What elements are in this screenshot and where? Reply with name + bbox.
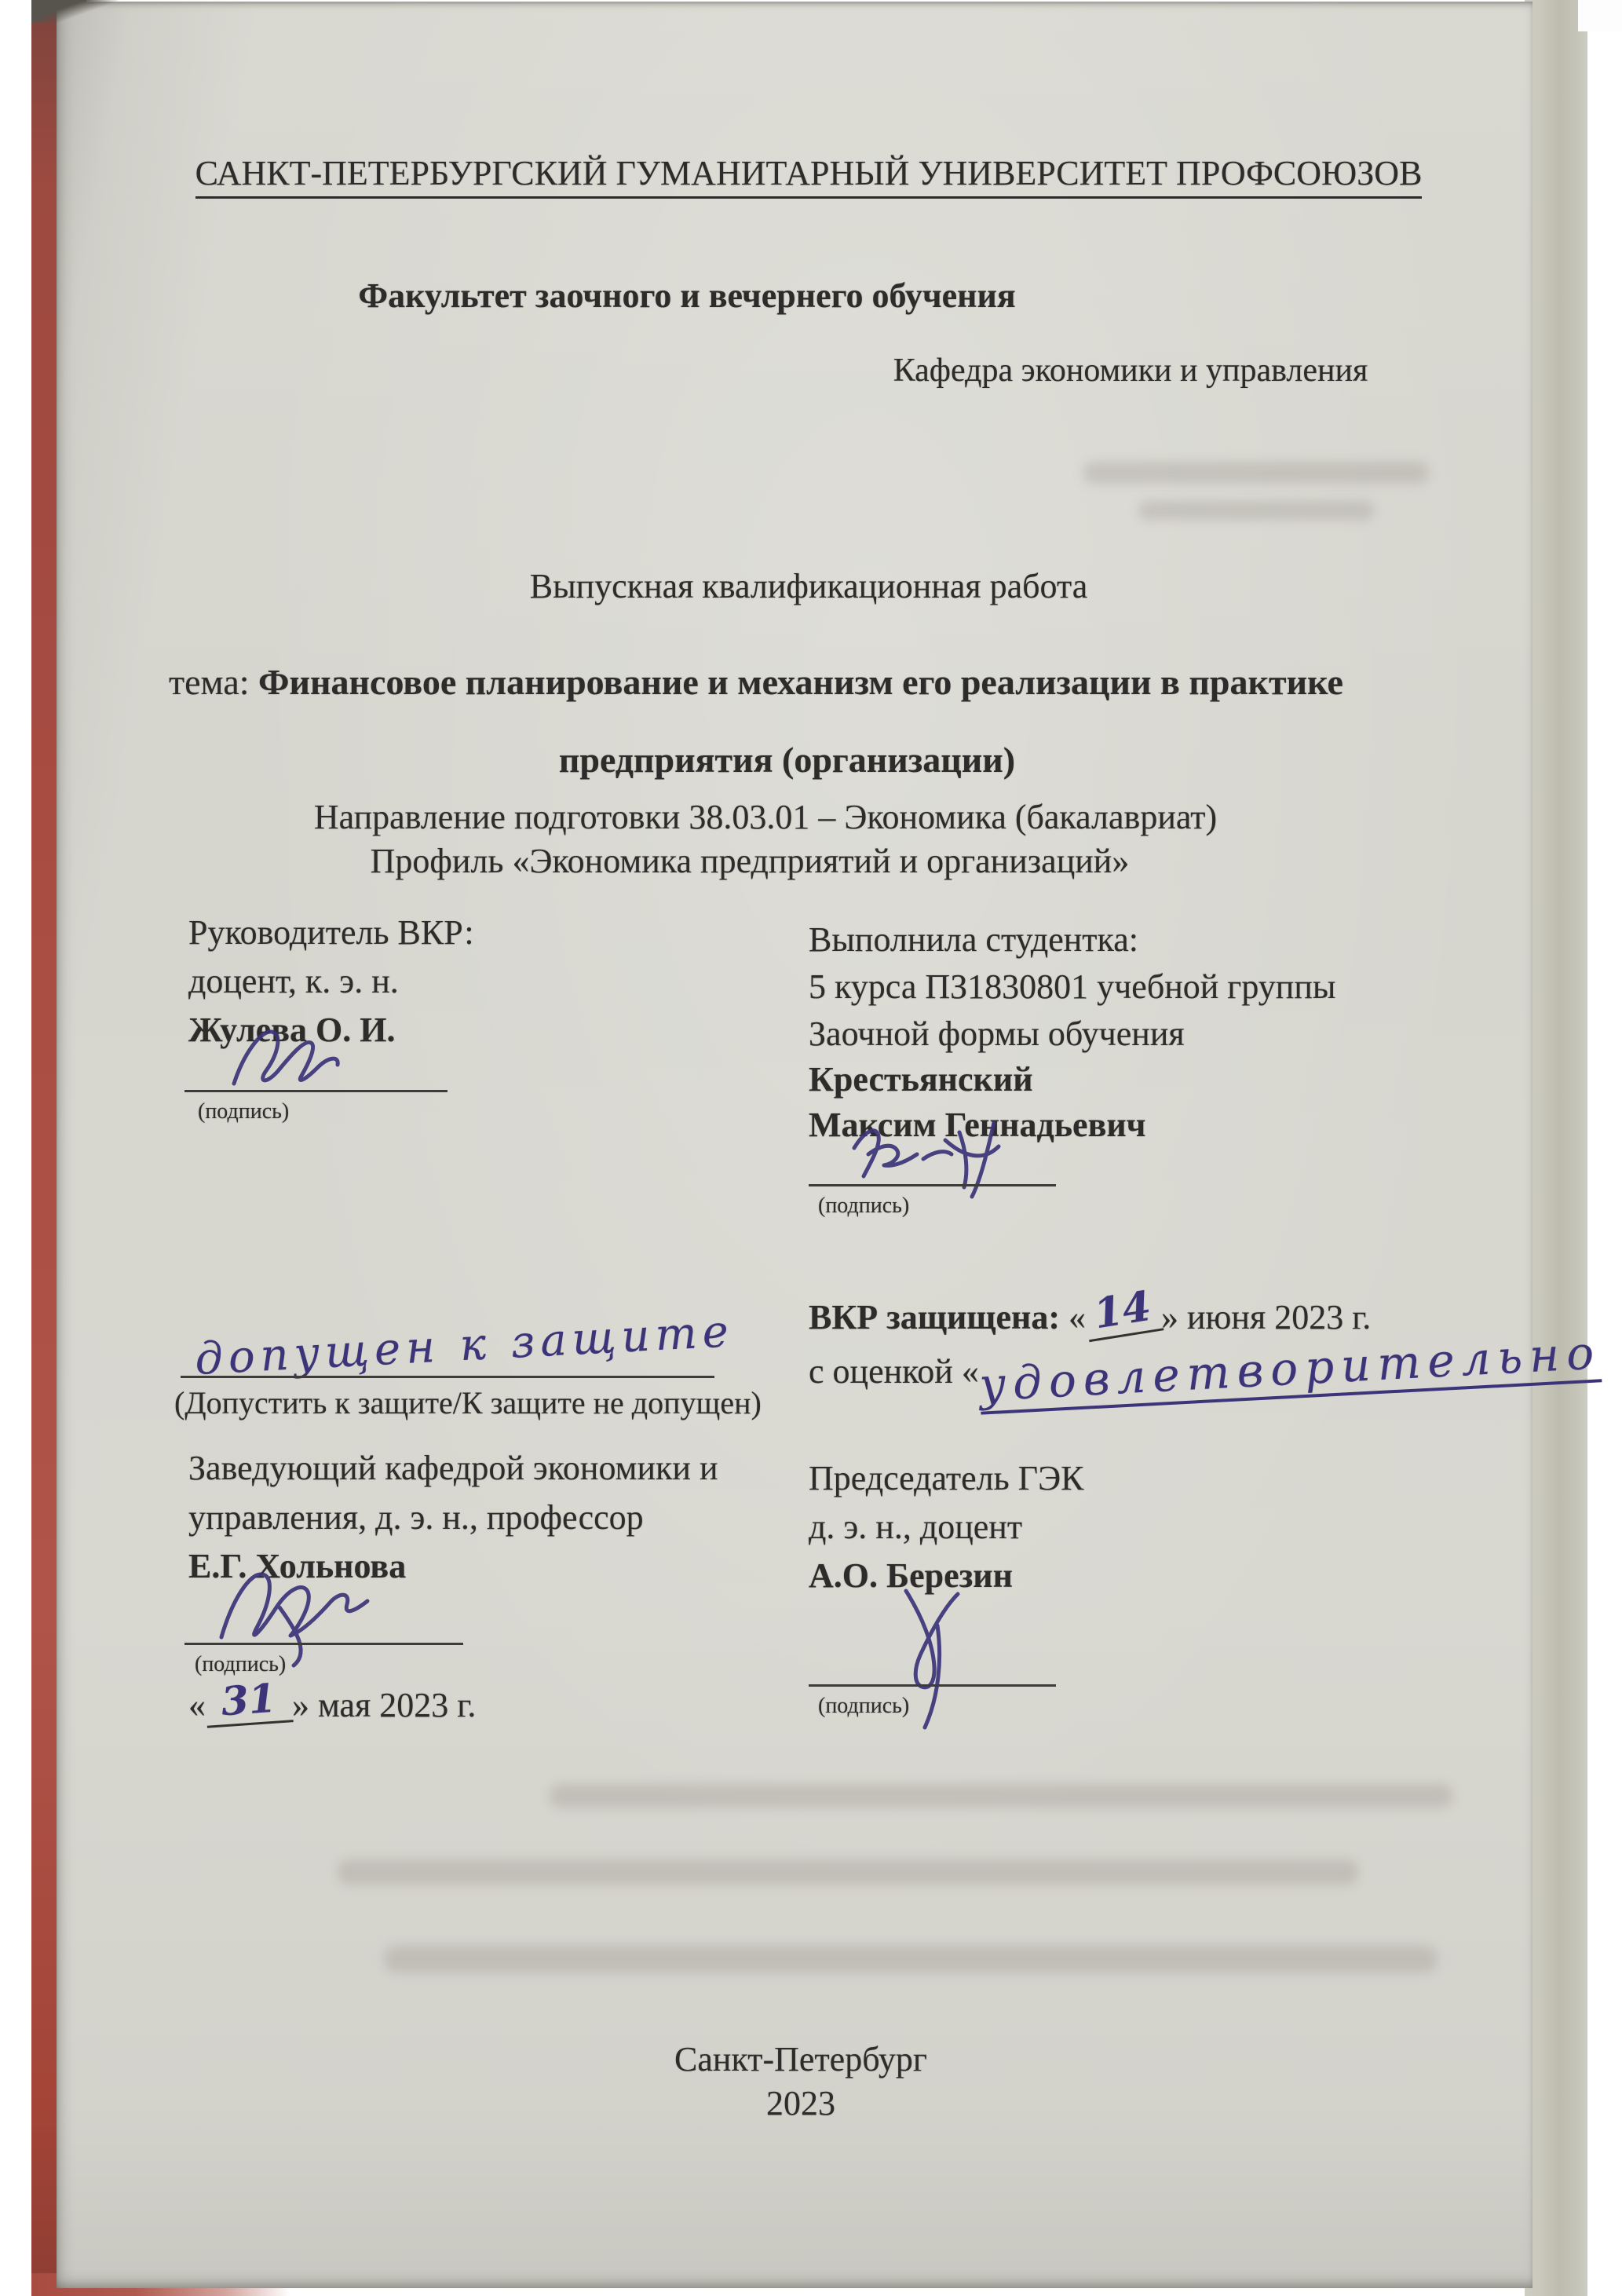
defense-day-handwritten: 14 (1082, 1281, 1164, 1342)
topic-line: тема: Финансовое планирование и механизм… (169, 662, 1343, 704)
program-line: Направление подготовки 38.03.01 – Эконом… (47, 798, 1484, 838)
supervisor-heading: Руководитель ВКР: (188, 913, 474, 953)
student-signature-line (809, 1184, 1056, 1186)
head-date-open: « (188, 1686, 206, 1724)
topic-label: тема: (169, 662, 250, 702)
defense-label: ВКР защищена: (809, 1298, 1060, 1336)
university-name-text: САНКТ-ПЕТЕРБУРГСКИЙ ГУМАНИТАРНЫЙ УНИВЕРС… (195, 154, 1423, 199)
head-date-day-handwritten: 31 (204, 1674, 294, 1727)
work-type-title: Выпускная квалификационная работа (71, 567, 1547, 607)
defense-date-rest: июня 2023 г. (1187, 1298, 1371, 1336)
student-signature-caption: (подпись) (818, 1194, 909, 1219)
student-surname: Крестьянский (809, 1060, 1033, 1100)
head-signature (204, 1559, 440, 1649)
topic-title-text: Финансовое планирование и механизм его р… (258, 662, 1343, 702)
defense-date-line: ВКР защищена: «14» июня 2023 г. (809, 1292, 1371, 1341)
bleed-through-line (1138, 501, 1374, 520)
admission-line (181, 1376, 714, 1378)
head-signature-caption: (подпись) (195, 1652, 286, 1677)
student-signature (832, 1115, 1036, 1194)
chair-signature-caption: (подпись) (818, 1694, 909, 1719)
photo-of-title-page: САНКТ-ПЕТЕРБУРГСКИЙ ГУМАНИТАРНЫЙ УНИВЕРС… (0, 0, 1622, 2296)
top-right-background-notch (1578, 0, 1622, 31)
top-left-shadow-notch (31, 0, 118, 24)
page-stack-edge (1525, 0, 1587, 2296)
supervisor-degree: доцент, к. э. н. (188, 962, 399, 1002)
head-date-close: » (292, 1686, 309, 1724)
head-date-rest: мая 2023 г. (318, 1686, 476, 1724)
chair-line1: Председатель ГЭК (809, 1459, 1084, 1499)
grade-prefix: с оценкой « (809, 1352, 979, 1391)
supervisor-signature-line (184, 1090, 448, 1092)
supervisor-signature (220, 1019, 455, 1094)
bleed-through-line (1083, 462, 1429, 484)
bleed-through-line (550, 1784, 1452, 1808)
head-date-line: «31» мая 2023 г. (188, 1680, 476, 1728)
faculty-name: Факультет заочного и вечернего обучения (236, 276, 1138, 316)
student-heading: Выполнила студентка: (809, 920, 1138, 960)
profile-line: Профиль «Экономика предприятий и организ… (47, 842, 1452, 882)
student-form: Заочной формы обучения (809, 1015, 1185, 1055)
admission-caption: (Допустить к защите/К защите не допущен) (174, 1385, 762, 1421)
topic-line-2: предприятия (организации) (63, 740, 1511, 781)
student-group: 5 курса ПЗ1830801 учебной группы (809, 967, 1335, 1007)
head-signature-line (184, 1643, 463, 1645)
grade-line: с оценкой «удовлетворительно (809, 1341, 1601, 1397)
chair-line2: д. э. н., доцент (809, 1508, 1022, 1548)
footer-year: 2023 (63, 2084, 1539, 2124)
bleed-through-line (338, 1859, 1358, 1885)
chair-signature-line (809, 1684, 1056, 1687)
university-name: САНКТ-ПЕТЕРБУРГСКИЙ ГУМАНИТАРНЫЙ УНИВЕРС… (71, 154, 1547, 194)
bleed-through-line (385, 1946, 1437, 1972)
supervisor-signature-caption: (подпись) (198, 1099, 289, 1124)
head-line2: управления, д. э. н., профессор (188, 1498, 644, 1538)
department-name: Кафедра экономики и управления (832, 352, 1429, 389)
defense-quote-close: » (1161, 1298, 1178, 1336)
footer-city: Санкт-Петербург (63, 2040, 1539, 2080)
head-line1: Заведующий кафедрой экономики и (188, 1449, 718, 1489)
